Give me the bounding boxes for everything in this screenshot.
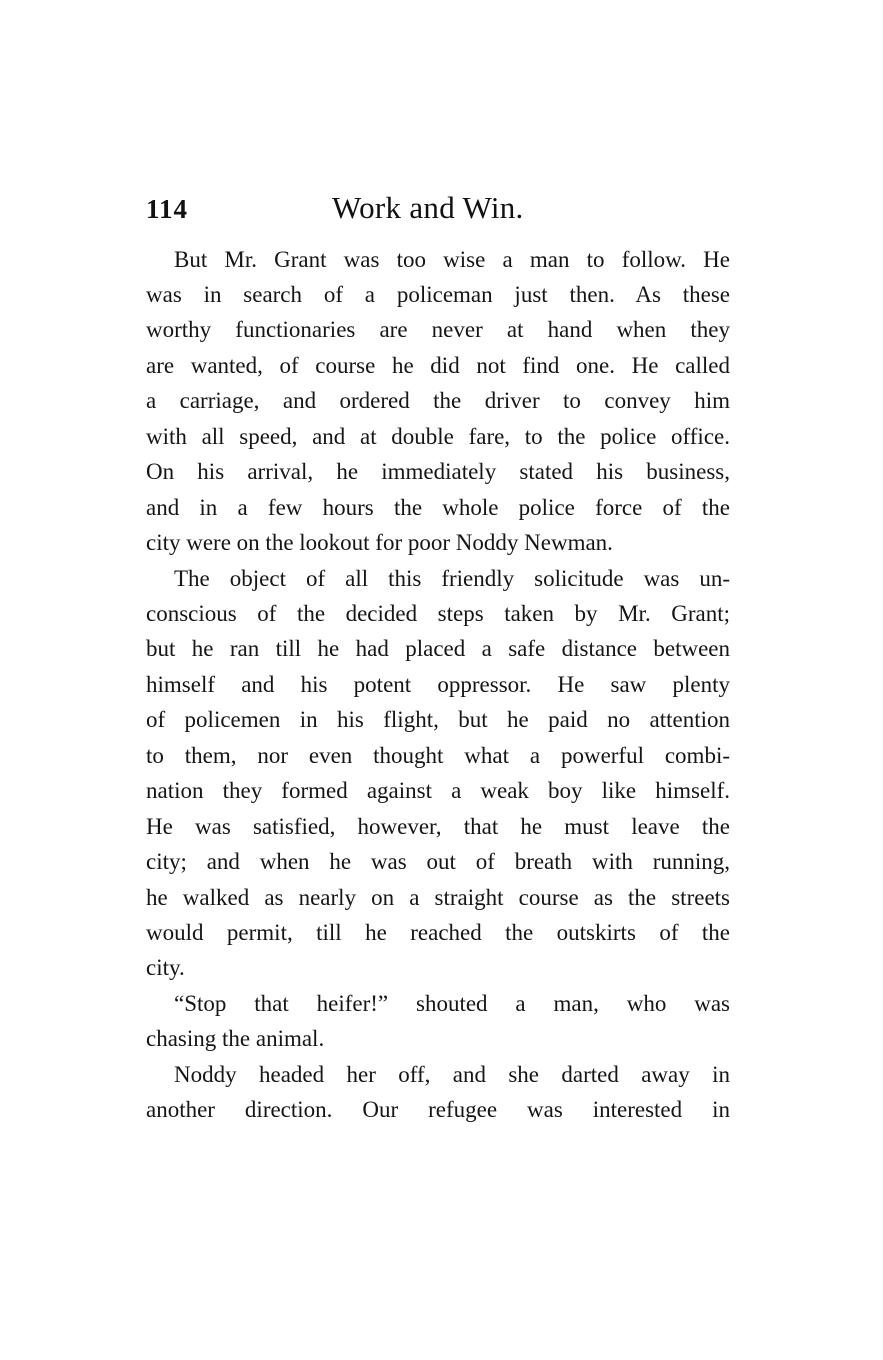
text-line: city; and when he was out of breath with…	[146, 844, 730, 879]
text-line: city were on the lookout for poor Noddy …	[146, 525, 730, 560]
text-line: are wanted, of course he did not find on…	[146, 348, 730, 383]
text-line: “Stop that heifer!” shouted a man, who w…	[174, 986, 730, 1021]
text-line: On his arrival, he immediately stated hi…	[146, 454, 730, 489]
text-line: another direction. Our refugee was inter…	[146, 1092, 730, 1127]
text-line: But Mr. Grant was too wise a man to foll…	[174, 242, 730, 277]
text-line: chasing the animal.	[146, 1021, 730, 1056]
page-number: 114	[146, 194, 188, 225]
text-line: of policemen in his flight, but he paid …	[146, 702, 730, 737]
text-line: with all speed, and at double fare, to t…	[146, 419, 730, 454]
text-line: to them, nor even thought what a powerfu…	[146, 738, 730, 773]
text-line: He was satisfied, however, that he must …	[146, 809, 730, 844]
running-title: Work and Win.	[332, 190, 524, 226]
text-line: but he ran till he had placed a safe dis…	[146, 631, 730, 666]
text-line: would permit, till he reached the outski…	[146, 915, 730, 950]
page-header: 114 Work and Win.	[146, 190, 736, 230]
text-line: nation they formed against a weak boy li…	[146, 773, 730, 808]
text-line: was in search of a policeman just then. …	[146, 277, 730, 312]
book-page: 114 Work and Win. But Mr. Grant was too …	[0, 0, 883, 1360]
text-line: worthy functionaries are never at hand w…	[146, 312, 730, 347]
text-line: himself and his potent oppressor. He saw…	[146, 667, 730, 702]
text-line: a carriage, and ordered the driver to co…	[146, 383, 730, 418]
text-line: and in a few hours the whole police forc…	[146, 490, 730, 525]
text-line: conscious of the decided steps taken by …	[146, 596, 730, 631]
text-line: he walked as nearly on a straight course…	[146, 880, 730, 915]
text-line: The object of all this friendly solicitu…	[174, 561, 730, 596]
text-line: Noddy headed her off, and she darted awa…	[174, 1057, 730, 1092]
text-line: city.	[146, 950, 730, 985]
